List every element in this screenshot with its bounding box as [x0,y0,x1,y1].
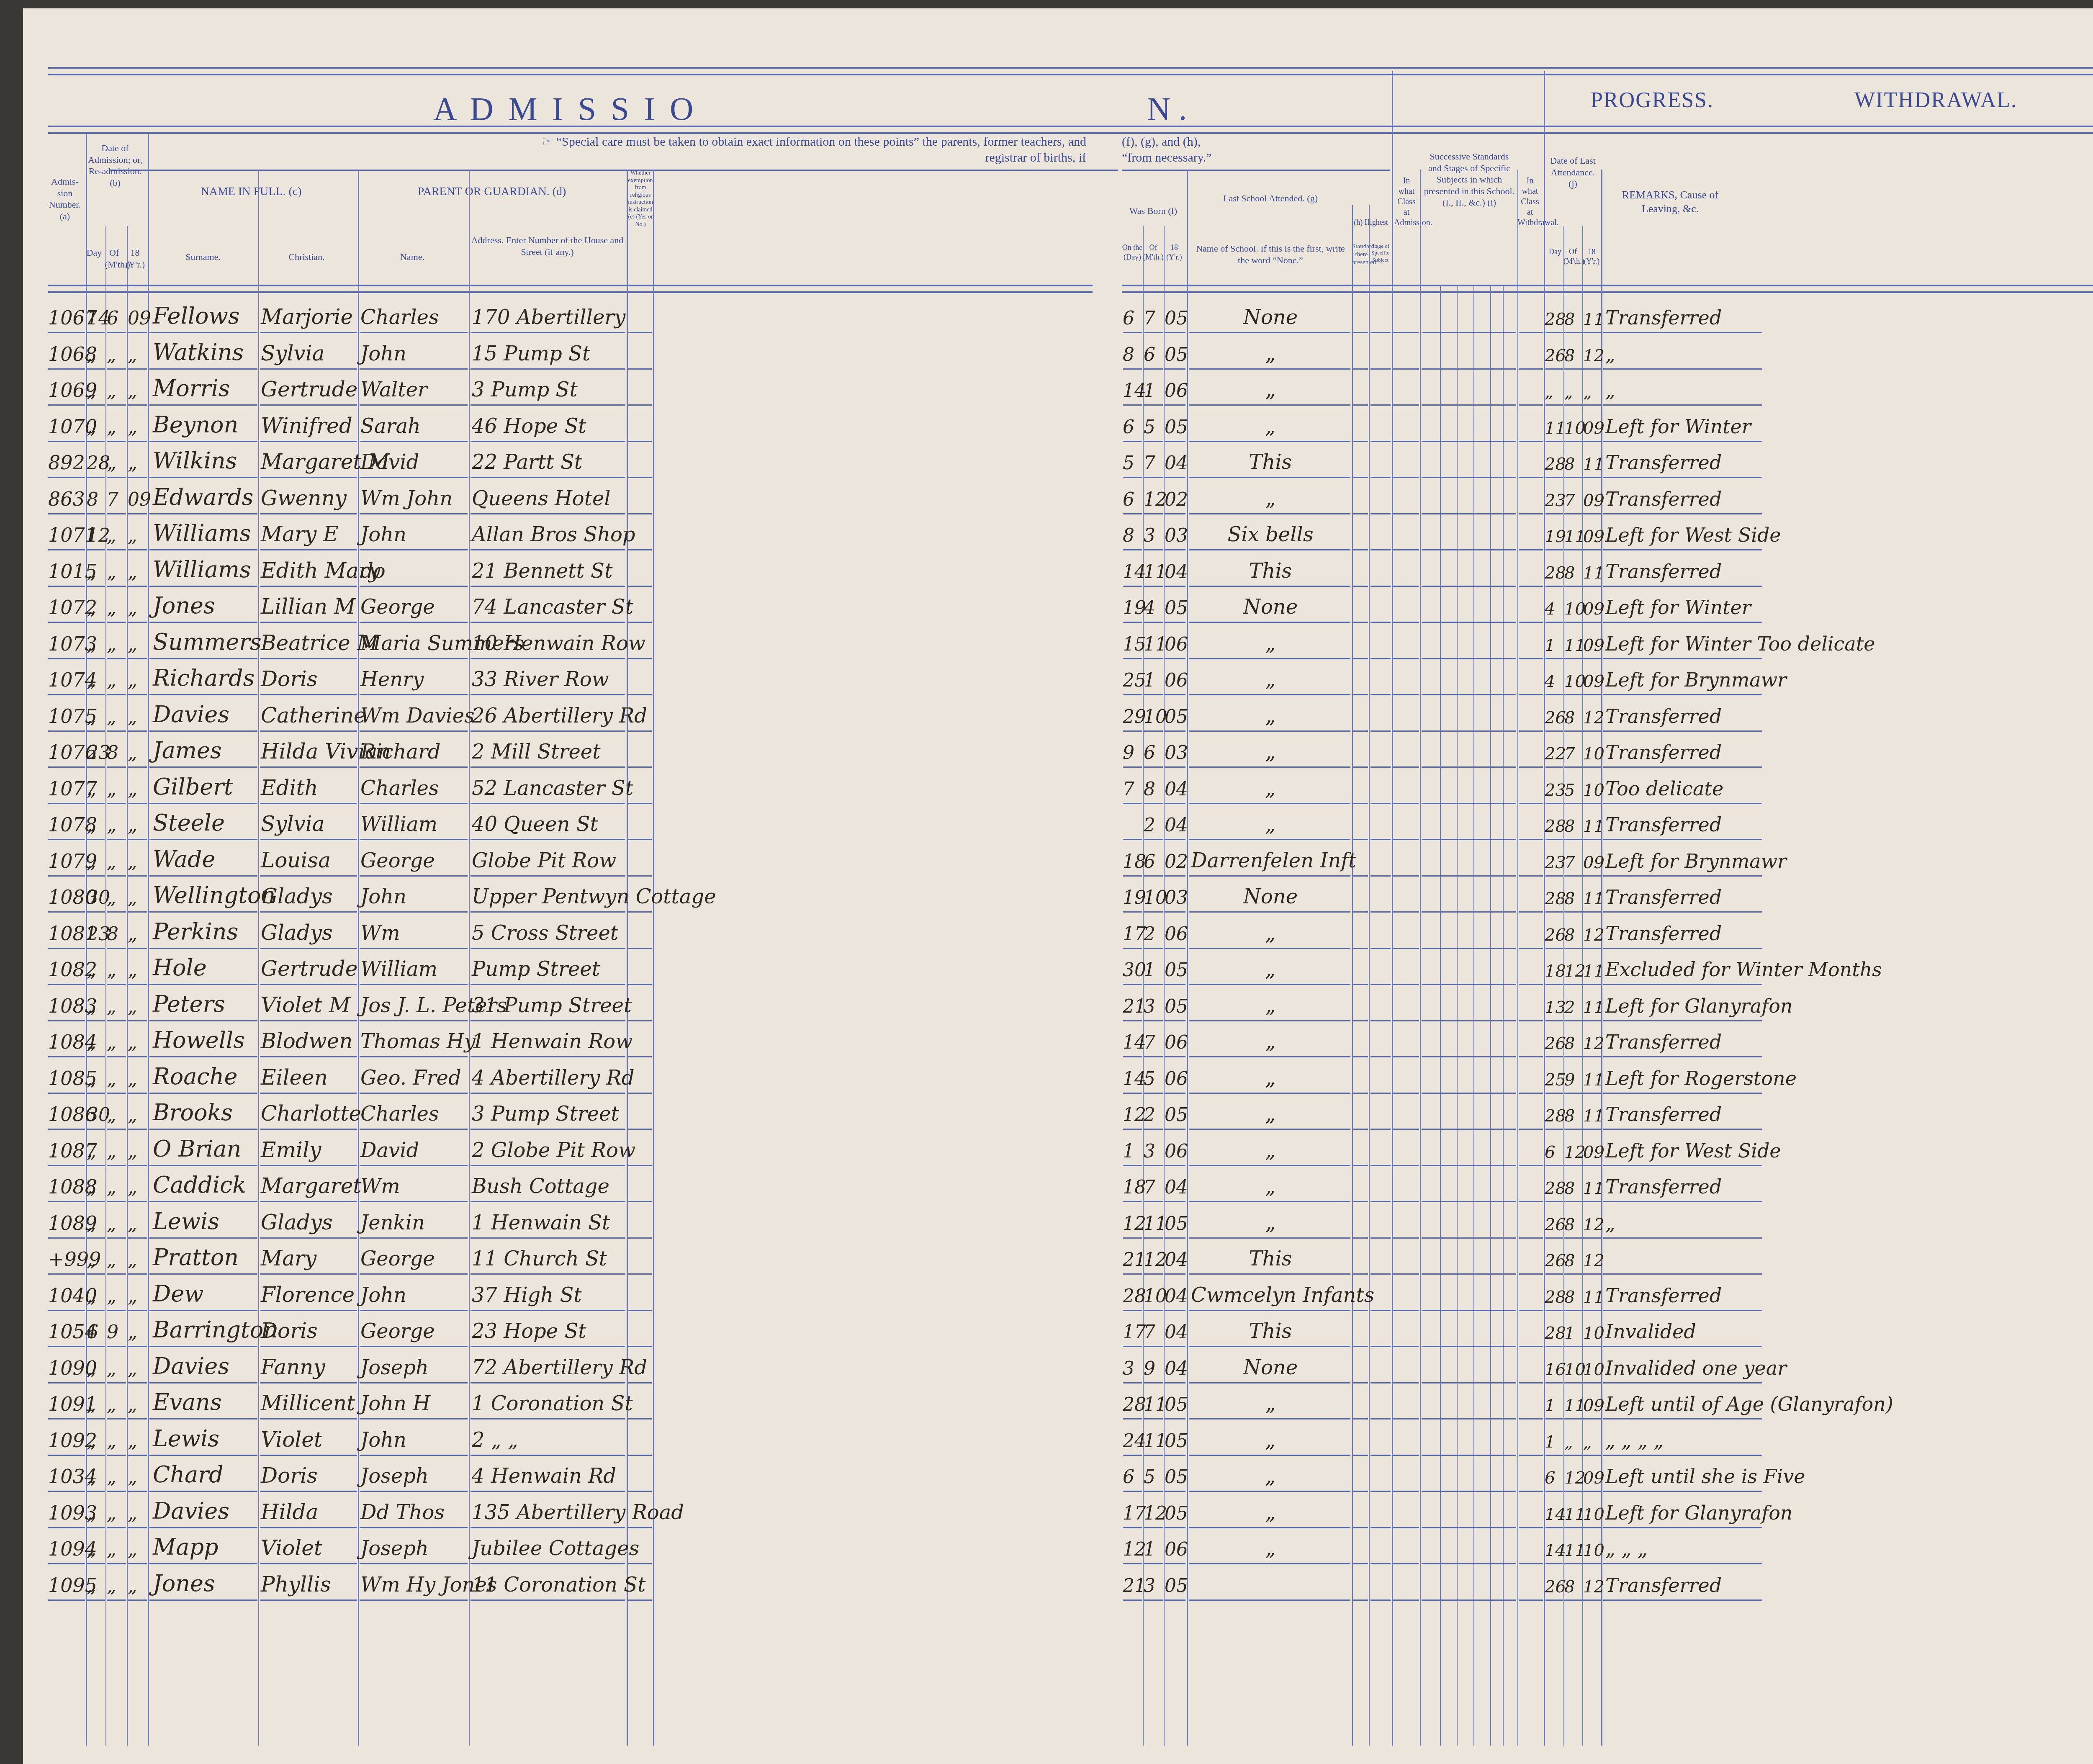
born-year: 03 [1165,525,1185,546]
last-attendance-day: 23 [1545,781,1563,800]
remarks: Left until she is Five [1605,1465,1781,1488]
admission-year: „ [128,1358,147,1379]
last-attendance-day: 26 [1545,708,1563,728]
born-year: 04 [1165,1322,1185,1343]
header-born-day: On the (Day) [1122,243,1143,262]
table-row: 211204This26812 [1118,1239,2093,1275]
admission-month: „ [107,1430,126,1452]
admission-year: „ [128,959,147,981]
last-attendance-year: 10 [1583,1541,1601,1560]
born-year: 05 [1165,1104,1185,1126]
table-row: 14106„„„„„ [1118,370,2093,406]
last-school: „ [1191,1066,1350,1090]
last-attendance-day: 6 [1545,1143,1563,1162]
surname: Chard [153,1461,257,1488]
born-year: 03 [1165,887,1185,908]
admission-month: 8 [107,923,126,945]
admission-number: 863 [48,488,85,510]
admission-day: „ [87,1539,105,1560]
table-row: 1084„„„HowellsBlodwenThomas Hy1 Henwain … [23,1021,1118,1057]
address: Bush Cottage [472,1175,626,1198]
admission-month: „ [107,1177,126,1198]
admission-day: „ [87,417,105,438]
christian-name: Gwenny [261,486,357,510]
christian-name: Gertrude [261,377,357,401]
parent-name: Maria Summers [360,632,468,655]
admission-number: 1079 [48,850,85,872]
admission-number: 1015 [48,560,85,583]
last-attendance-month: 11 [1564,636,1582,655]
last-attendance-day: 26 [1545,1034,1563,1053]
admission-year: „ [128,1466,147,1488]
admission-number: 1072 [48,596,85,619]
admission-month: „ [107,1358,126,1379]
header-school-name: Name of School. If this is the first, wr… [1191,243,1350,266]
last-attendance-day: 26 [1545,346,1563,365]
address: 1 Henwain St [472,1211,626,1234]
admission-day: „ [87,959,105,981]
admission-number: 1075 [48,705,85,728]
admission-number: 1092 [48,1429,85,1452]
admission-year: „ [128,996,147,1017]
header-date-of-admission: Date of Admission; or, Re-admission. (b) [86,142,144,188]
last-attendance-month: 8 [1564,926,1582,945]
surname: Steele [153,810,257,836]
last-school: „ [1191,1428,1350,1452]
parent-name: John H [360,1392,468,1415]
header-last-school: Last School Attended. (g) [1191,193,1350,204]
last-attendance-month: 7 [1564,744,1582,764]
surname: Gilbert [153,774,257,800]
last-school: „ [1191,668,1350,691]
table-row: 1092„„„LewisVioletJohn2 „ „ [23,1420,1118,1456]
remarks: „ „ „ [1605,1538,1781,1560]
remarks: Transferred [1605,886,1781,908]
admission-year: „ [128,742,147,764]
admission-day: „ [87,1394,105,1415]
admission-number: 1081 [48,922,85,945]
last-school: None [1191,885,1350,908]
born-month: 2 [1144,923,1163,945]
header-year: 18 (Y'r.) [126,247,144,270]
last-attendance-day: 26 [1545,1215,1563,1234]
born-day: 6 [1123,1466,1142,1488]
christian-name: Hilda [261,1500,357,1524]
admission-year: „ [128,1068,147,1090]
table-row: 12205„28811Transferred [1118,1094,2093,1130]
surname: Perkins [153,918,257,945]
last-attendance-month: 8 [1564,1034,1582,1053]
last-attendance-year: 12 [1583,1577,1601,1597]
admission-day: 6 [87,1322,105,1343]
remarks: Invalided one year [1605,1357,1781,1379]
admission-month: „ [107,344,126,365]
remarks: „ [1605,379,1781,401]
born-month: 11 [1144,1430,1163,1452]
last-school: Cwmcelyn Infants [1191,1283,1350,1307]
parent-name: John [360,885,468,908]
born-month: 7 [1144,1177,1163,1198]
born-year: 04 [1165,1358,1185,1379]
table-row: 1088„„„CaddickMargaretWmBush Cottage [23,1166,1118,1202]
born-month: 3 [1144,1141,1163,1162]
admission-year: „ [128,1141,147,1162]
last-attendance-month: 12 [1564,1468,1582,1488]
admission-day: 12 [87,525,105,546]
last-attendance-year: 09 [1583,1468,1601,1488]
last-attendance-day: 4 [1545,672,1563,691]
born-month: 6 [1144,742,1163,764]
remarks: Left for Glanyrafon [1605,995,1781,1017]
table-row: 1081238„PerkinsGladysWm5 Cross Street [23,913,1118,949]
admission-day: „ [87,1213,105,1234]
christian-name: Millicent [261,1391,357,1415]
last-attendance-day: 28 [1545,1288,1563,1307]
address: 1 Coronation St [472,1392,626,1415]
born-month: 7 [1144,1322,1163,1343]
parent-name: Walter [360,378,468,401]
admission-number: 1088 [48,1175,85,1198]
christian-name: Charlotte [261,1101,357,1126]
surname: Richards [153,665,257,691]
born-month: 5 [1144,417,1163,438]
born-month: 6 [1144,851,1163,872]
table-row: 17206„26812Transferred [1118,913,2093,949]
parent-name: John [360,1283,468,1307]
born-year: 04 [1165,1177,1185,1198]
born-year: 04 [1165,561,1185,583]
parent-name: do [360,559,468,583]
admission-number: 1080 [48,886,85,908]
born-year: 06 [1165,1539,1185,1560]
remarks: Left for Brynmawr [1605,669,1781,691]
table-row: 1070„„„BeynonWinifredSarah46 Hope St [23,406,1118,442]
last-attendance-day: 14 [1545,1541,1563,1560]
header-highest: (h) Highest [1352,218,1390,227]
born-month: 11 [1144,561,1163,583]
born-month: 10 [1144,706,1163,728]
admission-year: „ [128,417,147,438]
parent-name: Wm Davies [360,704,468,728]
last-attendance-year: 11 [1583,310,1601,329]
last-attendance-day: 23 [1545,491,1563,510]
born-month: 11 [1144,634,1163,655]
surname: Edwards [153,484,257,510]
last-attendance-year: 09 [1583,853,1601,872]
christian-name: Margaret M [261,450,357,474]
surname: Peters [153,991,257,1017]
header-remarks: REMARKS, Cause of Leaving, &c. [1603,188,1737,216]
born-year: 04 [1165,1249,1185,1270]
admission-day: 8 [87,489,105,510]
last-attendance-day: 28 [1545,1324,1563,1343]
table-row: 1095„„„JonesPhyllisWm Hy Jones11 Coronat… [23,1565,1118,1601]
admission-number: 1067 [48,306,85,329]
header-last-month: Of (M'th.) [1563,247,1582,266]
born-year: 06 [1165,634,1185,655]
table-row: 1090„„„DaviesFannyJoseph72 Abertillery R… [23,1347,1118,1383]
christian-name: Doris [261,667,357,691]
table-row: 89228„„WilkinsMargaret MDavid22 Partt St [23,442,1118,478]
born-day: 12 [1123,1539,1142,1560]
header-day: Day [86,247,103,259]
surname: Howells [153,1027,257,1053]
born-year: 05 [1165,1213,1185,1234]
surname: Davies [153,1498,257,1524]
born-year: 06 [1165,1141,1185,1162]
table-row: 291005„26812Transferred [1118,696,2093,732]
last-attendance-day: 26 [1545,1577,1563,1597]
christian-name: Gladys [261,1210,357,1234]
address: 11 Church St [472,1247,626,1270]
christian-name: Violet M [261,993,357,1017]
parent-name: Charles [360,306,468,329]
last-attendance-month: 2 [1564,998,1582,1017]
born-year: 05 [1165,417,1185,438]
surname: Morris [153,375,257,401]
born-month: 12 [1144,489,1163,510]
table-row: 1040„„„DewFlorenceJohn37 High St [23,1275,1118,1311]
last-school: „ [1191,487,1350,510]
born-day: 24 [1123,1430,1142,1452]
address: 4 Henwain Rd [472,1464,626,1488]
address: 3 Pump St [472,378,626,401]
admission-number: 1070 [48,415,85,438]
address: Queens Hotel [472,487,626,510]
last-attendance-year: 09 [1583,1396,1601,1415]
parent-name: Jos J. L. Peters [360,994,468,1017]
last-school: This [1191,559,1350,583]
born-month: 1 [1144,959,1163,981]
admission-year: „ [128,1032,147,1053]
parent-name: David [360,1139,468,1162]
admission-title: A D M I S S I O [433,90,697,128]
born-day: 17 [1123,1503,1142,1524]
remarks: Transferred [1605,741,1781,764]
table-row: 1077„„„GilbertEdithCharles52 Lancaster S… [23,768,1118,804]
last-attendance-year: 09 [1583,491,1601,510]
christian-name: Blodwen [261,1029,357,1053]
christian-name: Violet [261,1427,357,1452]
admission-number: 892 [48,451,85,474]
table-row: 281105„11109Left until of Age (Glanyrafo… [1118,1383,2093,1419]
admission-month: 6 [107,308,126,329]
born-day: 5 [1123,453,1142,474]
born-year: 04 [1165,453,1185,474]
born-year: 03 [1165,742,1185,764]
table-row: 106714609FellowsMarjorieCharles170 Abert… [23,297,1118,333]
header-class-at-withdrawal: In what Class at Withdrawal. [1517,176,1543,228]
last-attendance-year: 10 [1583,744,1601,764]
last-attendance-month: 8 [1564,1251,1582,1270]
remarks: Transferred [1605,1175,1781,1198]
born-day: 30 [1123,959,1142,981]
last-attendance-year: 09 [1583,1143,1601,1162]
admission-month: „ [107,779,126,800]
last-attendance-year: 11 [1583,1070,1601,1090]
surname: Summers [153,629,257,655]
table-row: 108630„„BrooksCharlotteCharles3 Pump Str… [23,1094,1118,1130]
born-day: 7 [1123,779,1142,800]
parent-name: Sarah [360,414,468,438]
born-day: 14 [1123,1032,1142,1053]
born-day: 19 [1123,597,1142,619]
christian-name: Edith Mary [261,558,357,583]
remarks: Left for Glanyrafon [1605,1502,1781,1524]
admission-number: 1077 [48,777,85,800]
last-attendance-day: 28 [1545,455,1563,474]
last-attendance-month: 8 [1564,708,1582,728]
admission-day: „ [87,1430,105,1452]
last-school: „ [1191,1139,1350,1162]
last-school: „ [1191,994,1350,1017]
address: 3 Pump Street [472,1102,626,1126]
last-school: Darrenfelen Inft [1191,849,1350,872]
born-month: 2 [1144,815,1163,836]
born-year: 05 [1165,959,1185,981]
parent-name: William [360,957,468,981]
christian-name: Gladys [261,884,357,908]
surname: Caddick [153,1172,257,1198]
parent-name: Joseph [360,1537,468,1560]
table-row: 6505„61209Left until she is Five [1118,1456,2093,1492]
admission-day: „ [87,1286,105,1307]
last-attendance-year: 12 [1583,1251,1601,1270]
last-attendance-day: 13 [1545,998,1563,1017]
parent-name: George [360,849,468,872]
admission-day: 23 [87,923,105,945]
table-row: 6705None28811Transferred [1118,297,2093,333]
last-attendance-year: „ [1583,382,1601,401]
admission-day: „ [87,380,105,401]
born-year: 02 [1165,851,1185,872]
table-row: 191003None28811Transferred [1118,877,2093,913]
admission-month: „ [107,634,126,655]
last-attendance-month: 5 [1564,781,1582,800]
address: 4 Abertillery Rd [472,1066,626,1090]
admission-day: 30 [87,1104,105,1126]
admission-number: 1084 [48,1031,85,1053]
parent-name: George [360,1247,468,1270]
last-attendance-month: 11 [1564,1396,1582,1415]
admission-year: „ [128,779,147,800]
admission-year: „ [128,851,147,872]
remarks: Invalided [1605,1320,1781,1343]
last-attendance-month: 10 [1564,599,1582,619]
last-school: „ [1191,704,1350,728]
admission-day: „ [87,815,105,836]
last-school: None [1191,306,1350,329]
admission-month: „ [107,417,126,438]
address: 37 High St [472,1283,626,1307]
born-year: 05 [1165,1503,1185,1524]
table-row: 1074„„„RichardsDorisHenry33 River Row [23,659,1118,695]
remarks: „ [1605,1212,1781,1234]
header-parent-or-guardian: PARENT OR GUARDIAN. (d) [358,184,626,199]
surname: Lewis [153,1208,257,1234]
table-row: 18602Darrenfelen Inft23709Left for Brynm… [1118,841,2093,877]
remarks: Transferred [1605,1103,1781,1126]
table-row: 1085„„„RoacheEileenGeo. Fred4 Abertiller… [23,1058,1118,1094]
remarks: Excluded for Winter Months [1605,958,1781,981]
last-attendance-month: 7 [1564,853,1582,872]
last-attendance-year: 10 [1583,1324,1601,1343]
surname: Davies [153,1353,257,1379]
remarks: Left for Winter [1605,596,1781,619]
admission-year: „ [128,923,147,945]
admission-number: 1091 [48,1393,85,1415]
last-school: None [1191,595,1350,619]
last-attendance-day: 4 [1545,599,1563,619]
remarks: „ „ „ „ [1605,1429,1781,1452]
last-attendance-year: 11 [1583,1106,1601,1126]
parent-name: Wm [360,1175,468,1198]
surname: O Brian [153,1136,257,1162]
last-attendance-year: 09 [1583,672,1601,691]
christian-name: Eileen [261,1065,357,1090]
admission-month: „ [107,1575,126,1597]
christian-name: Sylvia [261,812,357,836]
parent-name: William [360,813,468,836]
address: 52 Lancaster St [472,777,626,800]
christian-name: Marjorie [261,305,357,329]
admission-number: 1073 [48,633,85,655]
last-school: This [1191,450,1350,474]
last-attendance-year: 11 [1583,962,1601,981]
born-day: 3 [1123,1358,1142,1379]
admission-year: „ [128,1177,147,1198]
table-row: 1094„„„MappVioletJosephJubilee Cottages [23,1528,1118,1564]
christian-name: Doris [261,1319,357,1343]
notice-end: (f), (g), and (h), “from necessary.” [1122,134,1222,165]
parent-name: Thomas Hy [360,1030,468,1053]
header-surname: Surname. [149,251,257,263]
surname: Watkins [153,339,257,365]
table-row: 61202„23709Transferred [1118,478,2093,514]
born-month: 1 [1144,1539,1163,1560]
last-attendance-day: 1 [1545,1432,1563,1452]
address: 33 River Row [472,668,626,691]
admission-day: „ [87,1358,105,1379]
admission-day: „ [87,1503,105,1524]
address: 135 Abertillery Road [472,1501,626,1524]
address: 72 Abertillery Rd [472,1356,626,1379]
last-attendance-day: 28 [1545,1179,1563,1198]
christian-name: Hilda Vivian [261,739,357,764]
parent-name: John [360,1428,468,1452]
header-exemption: Whether exemption from religious instruc… [626,170,655,228]
last-attendance-month: 11 [1564,1505,1582,1524]
remarks: Left for West Side [1605,524,1781,546]
born-year: 05 [1165,1466,1185,1488]
born-month: 3 [1144,525,1163,546]
table-row: 105469„BarringtonDorisGeorge23 Hope St [23,1311,1118,1347]
table-row: 1034„„„ChardDorisJoseph4 Henwain Rd [23,1456,1118,1492]
admission-title-end: N . [1147,90,1187,128]
admission-year: „ [128,344,147,365]
last-attendance-month: 8 [1564,310,1582,329]
admission-year: „ [128,634,147,655]
admission-day: 28 [87,453,105,474]
surname: Dew [153,1281,257,1307]
admission-year: „ [128,1286,147,1307]
remarks: „ [1605,343,1781,365]
admission-month: 9 [107,1322,126,1343]
surname: Lewis [153,1425,257,1452]
born-day: 21 [1123,1575,1142,1597]
parent-name: David [360,450,468,474]
table-row: 25106„41009Left for Brynmawr [1118,659,2093,695]
